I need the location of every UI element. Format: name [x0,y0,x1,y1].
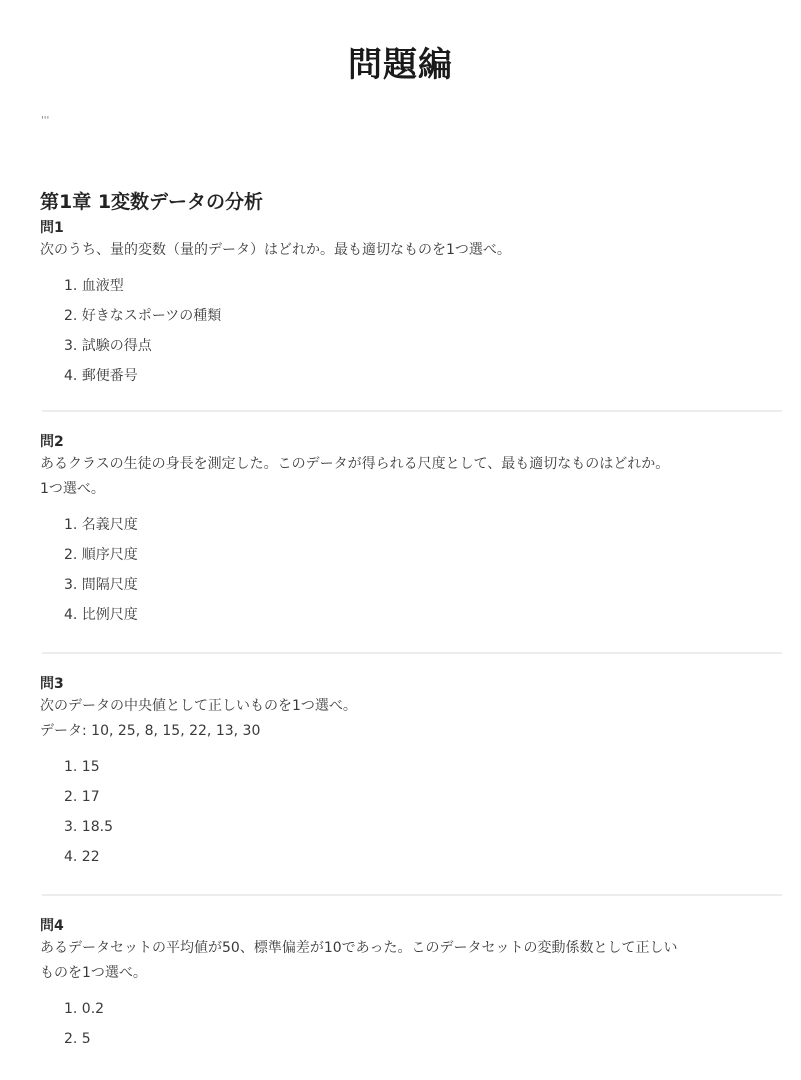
question-text-line: 次のデータの中央値として正しいものを1つ選べ。 [40,694,782,719]
question-text-line: 1つ選べ。 [40,477,782,502]
option-item: 1. 15 [64,752,782,782]
option-item: 1. 0.2 [64,994,782,1024]
divider [42,894,782,896]
option-list: 1. 血液型 2. 好きなスポーツの種類 3. 試験の得点 4. 郵便番号 [40,271,782,391]
page-title: 問題編 [0,43,801,87]
option-item: 1. 名義尺度 [64,510,782,540]
option-item: 2. 17 [64,782,782,812]
option-item: 4. 郵便番号 [64,361,782,391]
question-label: 問3 [40,674,782,694]
option-item: 3. 試験の得点 [64,331,782,361]
divider [42,652,782,654]
question-2: 問2 あるクラスの生徒の身長を測定した。このデータが得られる尺度として、最も適切… [40,432,782,630]
divider [42,410,782,412]
option-list: 1. 15 2. 17 3. 18.5 4. 22 [40,752,782,872]
option-item: 4. 22 [64,842,782,872]
option-item: 4. 比例尺度 [64,600,782,630]
quote-mark: ''' [41,114,49,128]
question-label: 問4 [40,916,782,936]
question-label: 問1 [40,218,782,238]
option-list: 1. 0.2 2. 5 [40,994,782,1054]
option-item: 2. 順序尺度 [64,540,782,570]
option-item: 2. 好きなスポーツの種類 [64,301,782,331]
question-4: 問4 あるデータセットの平均値が50、標準偏差が10であった。このデータセットの… [40,916,782,1054]
chapter-heading: 第1章 1変数データの分析 [40,188,263,216]
question-1: 問1 次のうち、量的変数（量的データ）はどれか。最も適切なものを1つ選べ。 1.… [40,218,782,391]
question-text-line: 次のうち、量的変数（量的データ）はどれか。最も適切なものを1つ選べ。 [40,238,782,263]
question-label: 問2 [40,432,782,452]
option-list: 1. 名義尺度 2. 順序尺度 3. 間隔尺度 4. 比例尺度 [40,510,782,630]
option-item: 3. 18.5 [64,812,782,842]
data-line: データ: 10, 25, 8, 15, 22, 13, 30 [40,719,782,744]
question-text-line: ものを1つ選べ。 [40,961,782,986]
question-text-line: あるクラスの生徒の身長を測定した。このデータが得られる尺度として、最も適切なもの… [40,452,782,477]
question-text-line: あるデータセットの平均値が50、標準偏差が10であった。このデータセットの変動係… [40,936,782,961]
option-item: 2. 5 [64,1024,782,1054]
option-item: 3. 間隔尺度 [64,570,782,600]
option-item: 1. 血液型 [64,271,782,301]
document-page: 問題編 ''' 第1章 1変数データの分析 問1 次のうち、量的変数（量的データ… [0,0,801,1080]
question-3: 問3 次のデータの中央値として正しいものを1つ選べ。 データ: 10, 25, … [40,674,782,872]
